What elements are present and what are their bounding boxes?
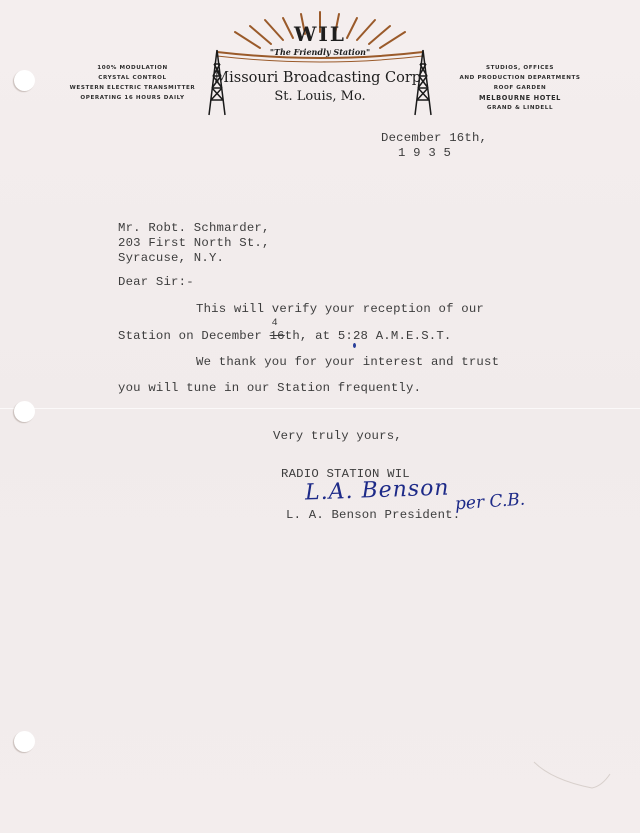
letter-year: 1 9 3 5 [398, 146, 451, 160]
company-name: Missouri Broadcasting Corp. [205, 70, 435, 86]
letter-date: December 16th, [381, 131, 487, 145]
letterhead-right-line: MELBOURNE HOTEL [445, 93, 595, 103]
company-city: St. Louis, Mo. [205, 89, 435, 104]
struck-day: 16 [270, 329, 285, 343]
letterhead-right-line: AND PRODUCTION DEPARTMENTS [445, 73, 595, 83]
letterhead-left-line: OPERATING 16 HOURS DAILY [60, 93, 205, 103]
ink-mark [353, 343, 356, 348]
signer-name: L. A. Benson President. [286, 508, 460, 522]
recipient-name: Mr. Robt. Schmarder, [118, 221, 270, 235]
body-paragraph-2-line-2: you will tune in our Station frequently. [118, 381, 421, 395]
letterhead-right-block: STUDIOS, OFFICES AND PRODUCTION DEPARTME… [445, 63, 595, 113]
body-paragraph-2-line-1: We thank you for your interest and trust [196, 355, 499, 369]
fold-crease [0, 408, 640, 409]
slogan: "The Friendly Station" [205, 47, 435, 57]
corrected-day: 4 [272, 318, 278, 329]
letterhead-left-line: CRYSTAL CONTROL [60, 73, 205, 83]
letterhead-right-line: STUDIOS, OFFICES [445, 63, 595, 73]
body-paragraph-1-line-1: This will verify your reception of our [196, 302, 484, 316]
letter-paper [0, 0, 640, 833]
recipient-street: 203 First North St., [118, 236, 270, 250]
letterhead-right-line: ROOF GARDEN [445, 83, 595, 93]
closing: Very truly yours, [273, 429, 402, 443]
recipient-city: Syracuse, N.Y. [118, 251, 224, 265]
handwritten-signature: L.A. Benson [305, 475, 450, 505]
punch-hole-top [14, 70, 35, 91]
body-paragraph-1-line-2: Station on December 164th, at 5:28 A.M.E… [118, 329, 452, 343]
body-text: Station on December [118, 329, 270, 343]
salutation: Dear Sir:- [118, 275, 194, 289]
punch-hole-middle [14, 401, 35, 422]
letterhead-left-line: WESTERN ELECTRIC TRANSMITTER [60, 83, 205, 93]
body-text: th, at 5:28 A.M.E.S.T. [285, 329, 452, 343]
station-logo: WIL "The Friendly Station" Missouri Broa… [205, 0, 435, 120]
punch-hole-bottom [14, 731, 35, 752]
date-correction: 164 [270, 329, 285, 343]
letterhead-left-block: 100% MODULATION CRYSTAL CONTROL WESTERN … [60, 63, 205, 103]
letterhead-left-line: 100% MODULATION [60, 63, 205, 73]
paper-scratch-mark [532, 760, 612, 800]
letterhead-right-line: GRAND & LINDELL [445, 103, 595, 113]
call-sign: WIL [205, 22, 435, 46]
